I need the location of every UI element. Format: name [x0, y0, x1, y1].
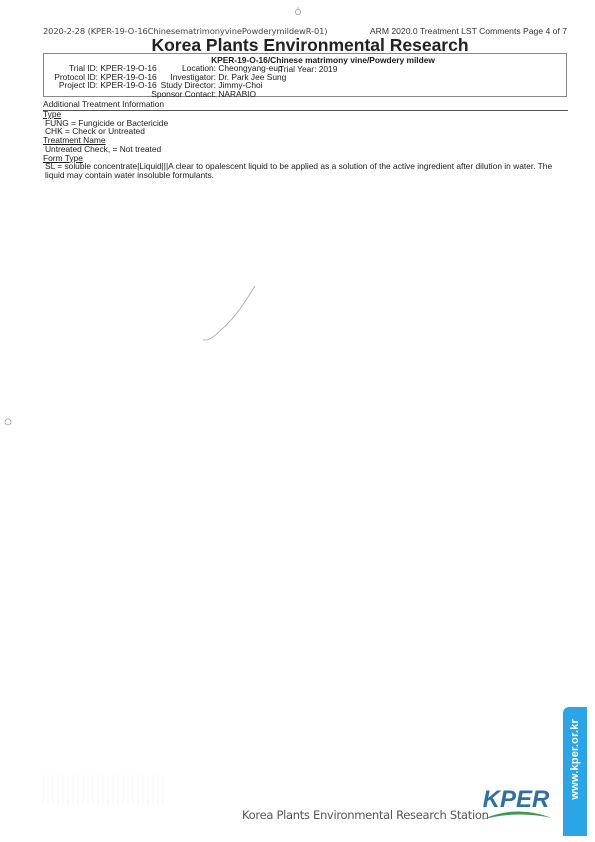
type-line: CHK = Check or Untreated [43, 127, 571, 136]
sponsor-contact-row: Sponsor Contact: NARABIO [106, 90, 286, 99]
faded-watermark [42, 775, 167, 805]
pen-mark [195, 280, 265, 355]
hole-punch-mark-icon [294, 3, 302, 21]
trial-info-box: KPER-19-O-16/Chinese matrimony vine/Powd… [43, 53, 567, 97]
logo-text: KPER [483, 786, 550, 813]
hole-punch-mark-icon [3, 414, 13, 432]
treatment-name-line: Untreated Check, = Not treated [43, 145, 571, 154]
trial-people-fields: Location: Cheongyang-eup Investigator: D… [106, 64, 286, 98]
website-banner: www.kper.or.kr [563, 707, 587, 836]
field-value: NARABIO [218, 89, 256, 99]
station-name: Korea Plants Environmental Research Stat… [242, 808, 489, 822]
form-type-line: SL = soluble concentrate|Liquid|||A clea… [43, 162, 571, 179]
trial-year: Trial Year: 2019 [279, 64, 337, 74]
field-label: Project ID: [44, 81, 98, 90]
field-label: Sponsor Contact: [106, 90, 216, 99]
website-url: www.kper.or.kr [569, 719, 581, 800]
kper-logo: KPER [478, 782, 554, 824]
treatment-info-body: Type FUNG = Fungicide or Bactericide CHK… [43, 110, 571, 180]
